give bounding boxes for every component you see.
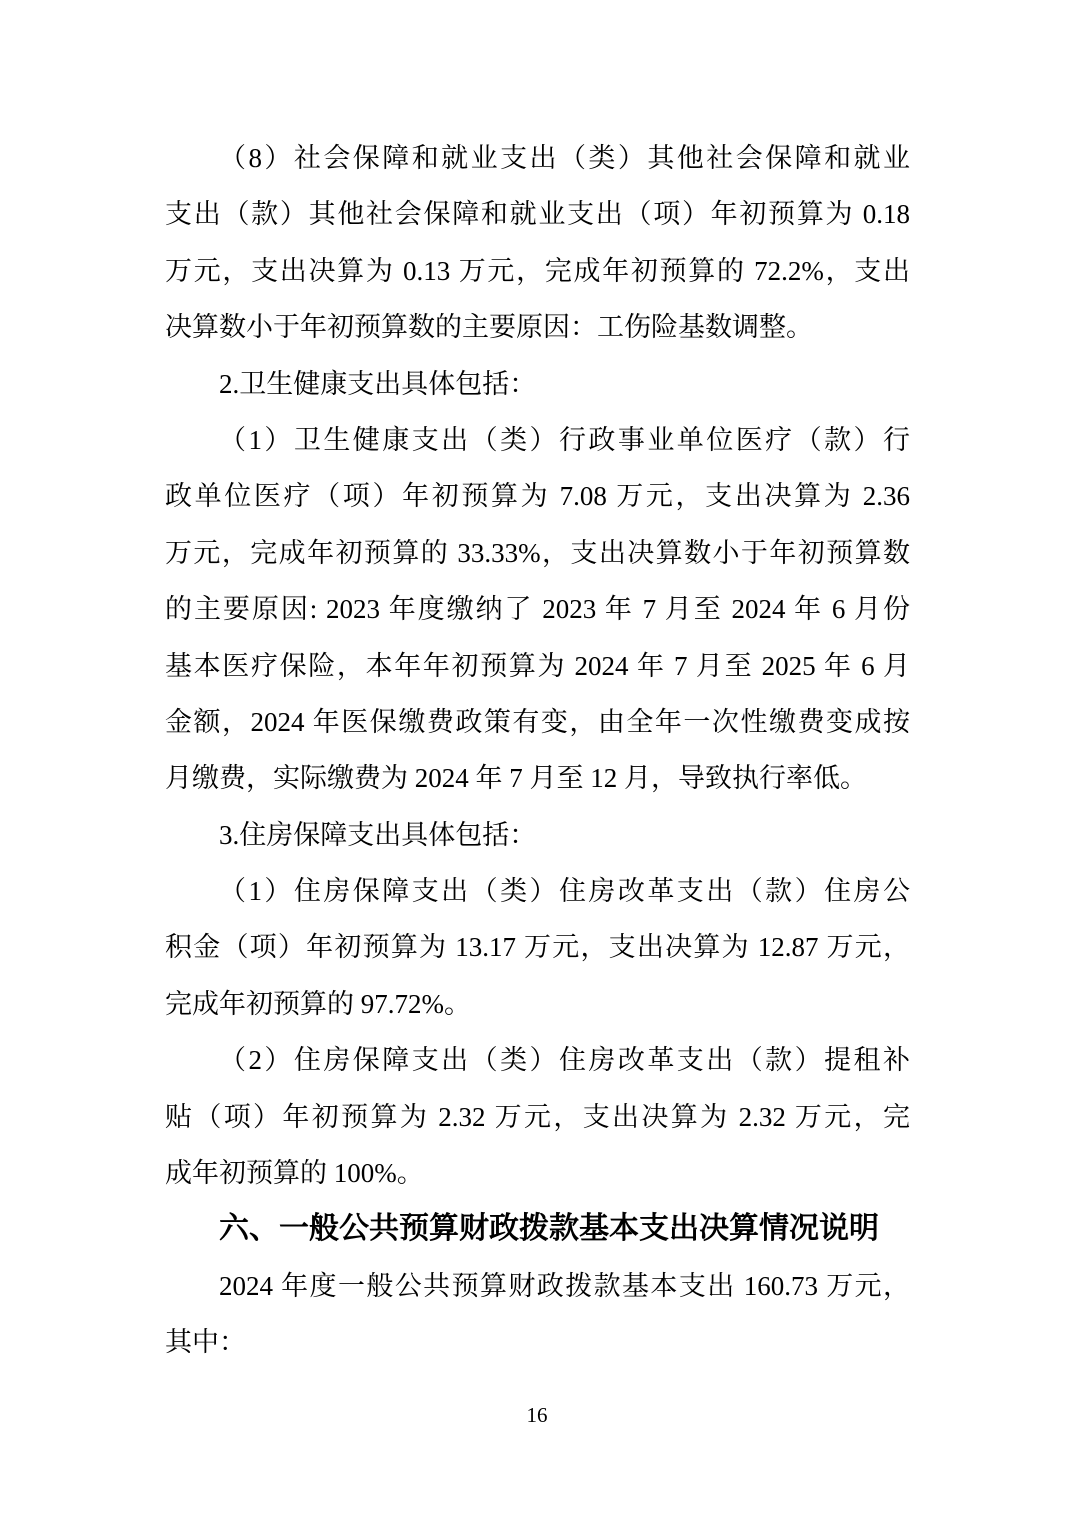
text-line: 决算数小于年初预算数的主要原因：工伤险基数调整。 bbox=[165, 299, 910, 355]
text-line: 基本医疗保险，本年年初预算为 2024 年 7 月至 2025 年 6 月 bbox=[165, 638, 910, 694]
document-body: （8）社会保障和就业支出（类）其他社会保障和就业支出（款）其他社会保障和就业支出… bbox=[165, 130, 910, 1371]
text-line: 2024 年度一般公共预算财政拨款基本支出 160.73 万元， bbox=[165, 1258, 910, 1314]
text-line: 万元，完成年初预算的 33.33%，支出决算数小于年初预算数 bbox=[165, 525, 910, 581]
paragraph: （1）住房保障支出（类）住房改革支出（款）住房公积金（项）年初预算为 13.17… bbox=[165, 863, 910, 1032]
text-line: 完成年初预算的 97.72%。 bbox=[165, 976, 910, 1032]
paragraph: （1）卫生健康支出（类）行政事业单位医疗（款）行政单位医疗（项）年初预算为 7.… bbox=[165, 412, 910, 807]
text-line: 政单位医疗（项）年初预算为 7.08 万元，支出决算为 2.36 bbox=[165, 468, 910, 524]
page-number: 16 bbox=[527, 1403, 548, 1427]
text-line: 成年初预算的 100%。 bbox=[165, 1145, 910, 1201]
paragraph: （8）社会保障和就业支出（类）其他社会保障和就业支出（款）其他社会保障和就业支出… bbox=[165, 130, 910, 356]
text-line: 其中： bbox=[165, 1314, 910, 1370]
paragraph: 2.卫生健康支出具体包括： bbox=[165, 356, 910, 412]
paragraph: 3.住房保障支出具体包括： bbox=[165, 807, 910, 863]
text-line: （8）社会保障和就业支出（类）其他社会保障和就业 bbox=[165, 130, 910, 186]
text-line: 六、一般公共预算财政拨款基本支出决算情况说明 bbox=[165, 1201, 910, 1257]
text-line: （1）住房保障支出（类）住房改革支出（款）住房公 bbox=[165, 863, 910, 919]
text-line: 支出（款）其他社会保障和就业支出（项）年初预算为 0.18 bbox=[165, 186, 910, 242]
paragraph: （2）住房保障支出（类）住房改革支出（款）提租补贴（项）年初预算为 2.32 万… bbox=[165, 1032, 910, 1201]
text-line: 贴（项）年初预算为 2.32 万元，支出决算为 2.32 万元，完 bbox=[165, 1089, 910, 1145]
page-footer: 16 bbox=[0, 1403, 1074, 1428]
text-line: （2）住房保障支出（类）住房改革支出（款）提租补 bbox=[165, 1032, 910, 1088]
paragraph: 2024 年度一般公共预算财政拨款基本支出 160.73 万元，其中： bbox=[165, 1258, 910, 1371]
text-line: （1）卫生健康支出（类）行政事业单位医疗（款）行 bbox=[165, 412, 910, 468]
text-line: 3.住房保障支出具体包括： bbox=[165, 807, 910, 863]
section-heading: 六、一般公共预算财政拨款基本支出决算情况说明 bbox=[165, 1201, 910, 1257]
text-line: 2.卫生健康支出具体包括： bbox=[165, 356, 910, 412]
text-line: 积金（项）年初预算为 13.17 万元，支出决算为 12.87 万元， bbox=[165, 919, 910, 975]
text-line: 月缴费，实际缴费为 2024 年 7 月至 12 月，导致执行率低。 bbox=[165, 750, 910, 806]
text-line: 的主要原因: 2023 年度缴纳了 2023 年 7 月至 2024 年 6 月… bbox=[165, 581, 910, 637]
text-line: 金额，2024 年医保缴费政策有变，由全年一次性缴费变成按 bbox=[165, 694, 910, 750]
text-line: 万元，支出决算为 0.13 万元，完成年初预算的 72.2%，支出 bbox=[165, 243, 910, 299]
